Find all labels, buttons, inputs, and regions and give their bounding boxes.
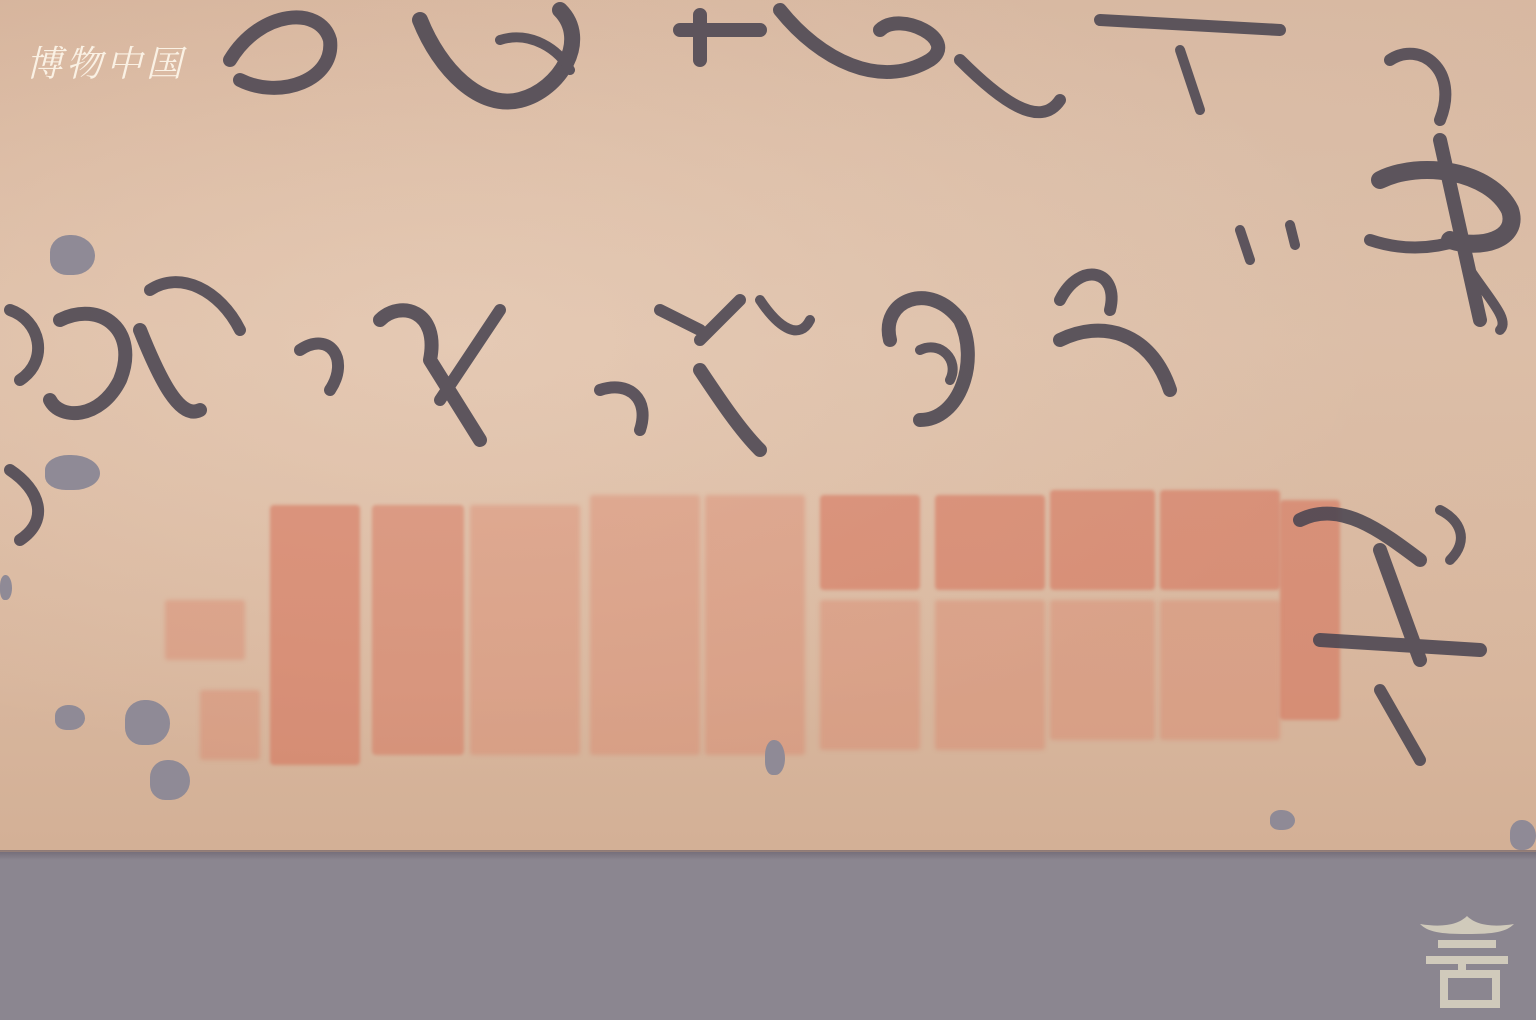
paper-edge-shadow [0, 850, 1536, 860]
watermark-text: 博物中国 [26, 36, 186, 87]
pavilion-logo-icon [1414, 912, 1520, 1012]
calligraphy-ink [0, 0, 1536, 850]
